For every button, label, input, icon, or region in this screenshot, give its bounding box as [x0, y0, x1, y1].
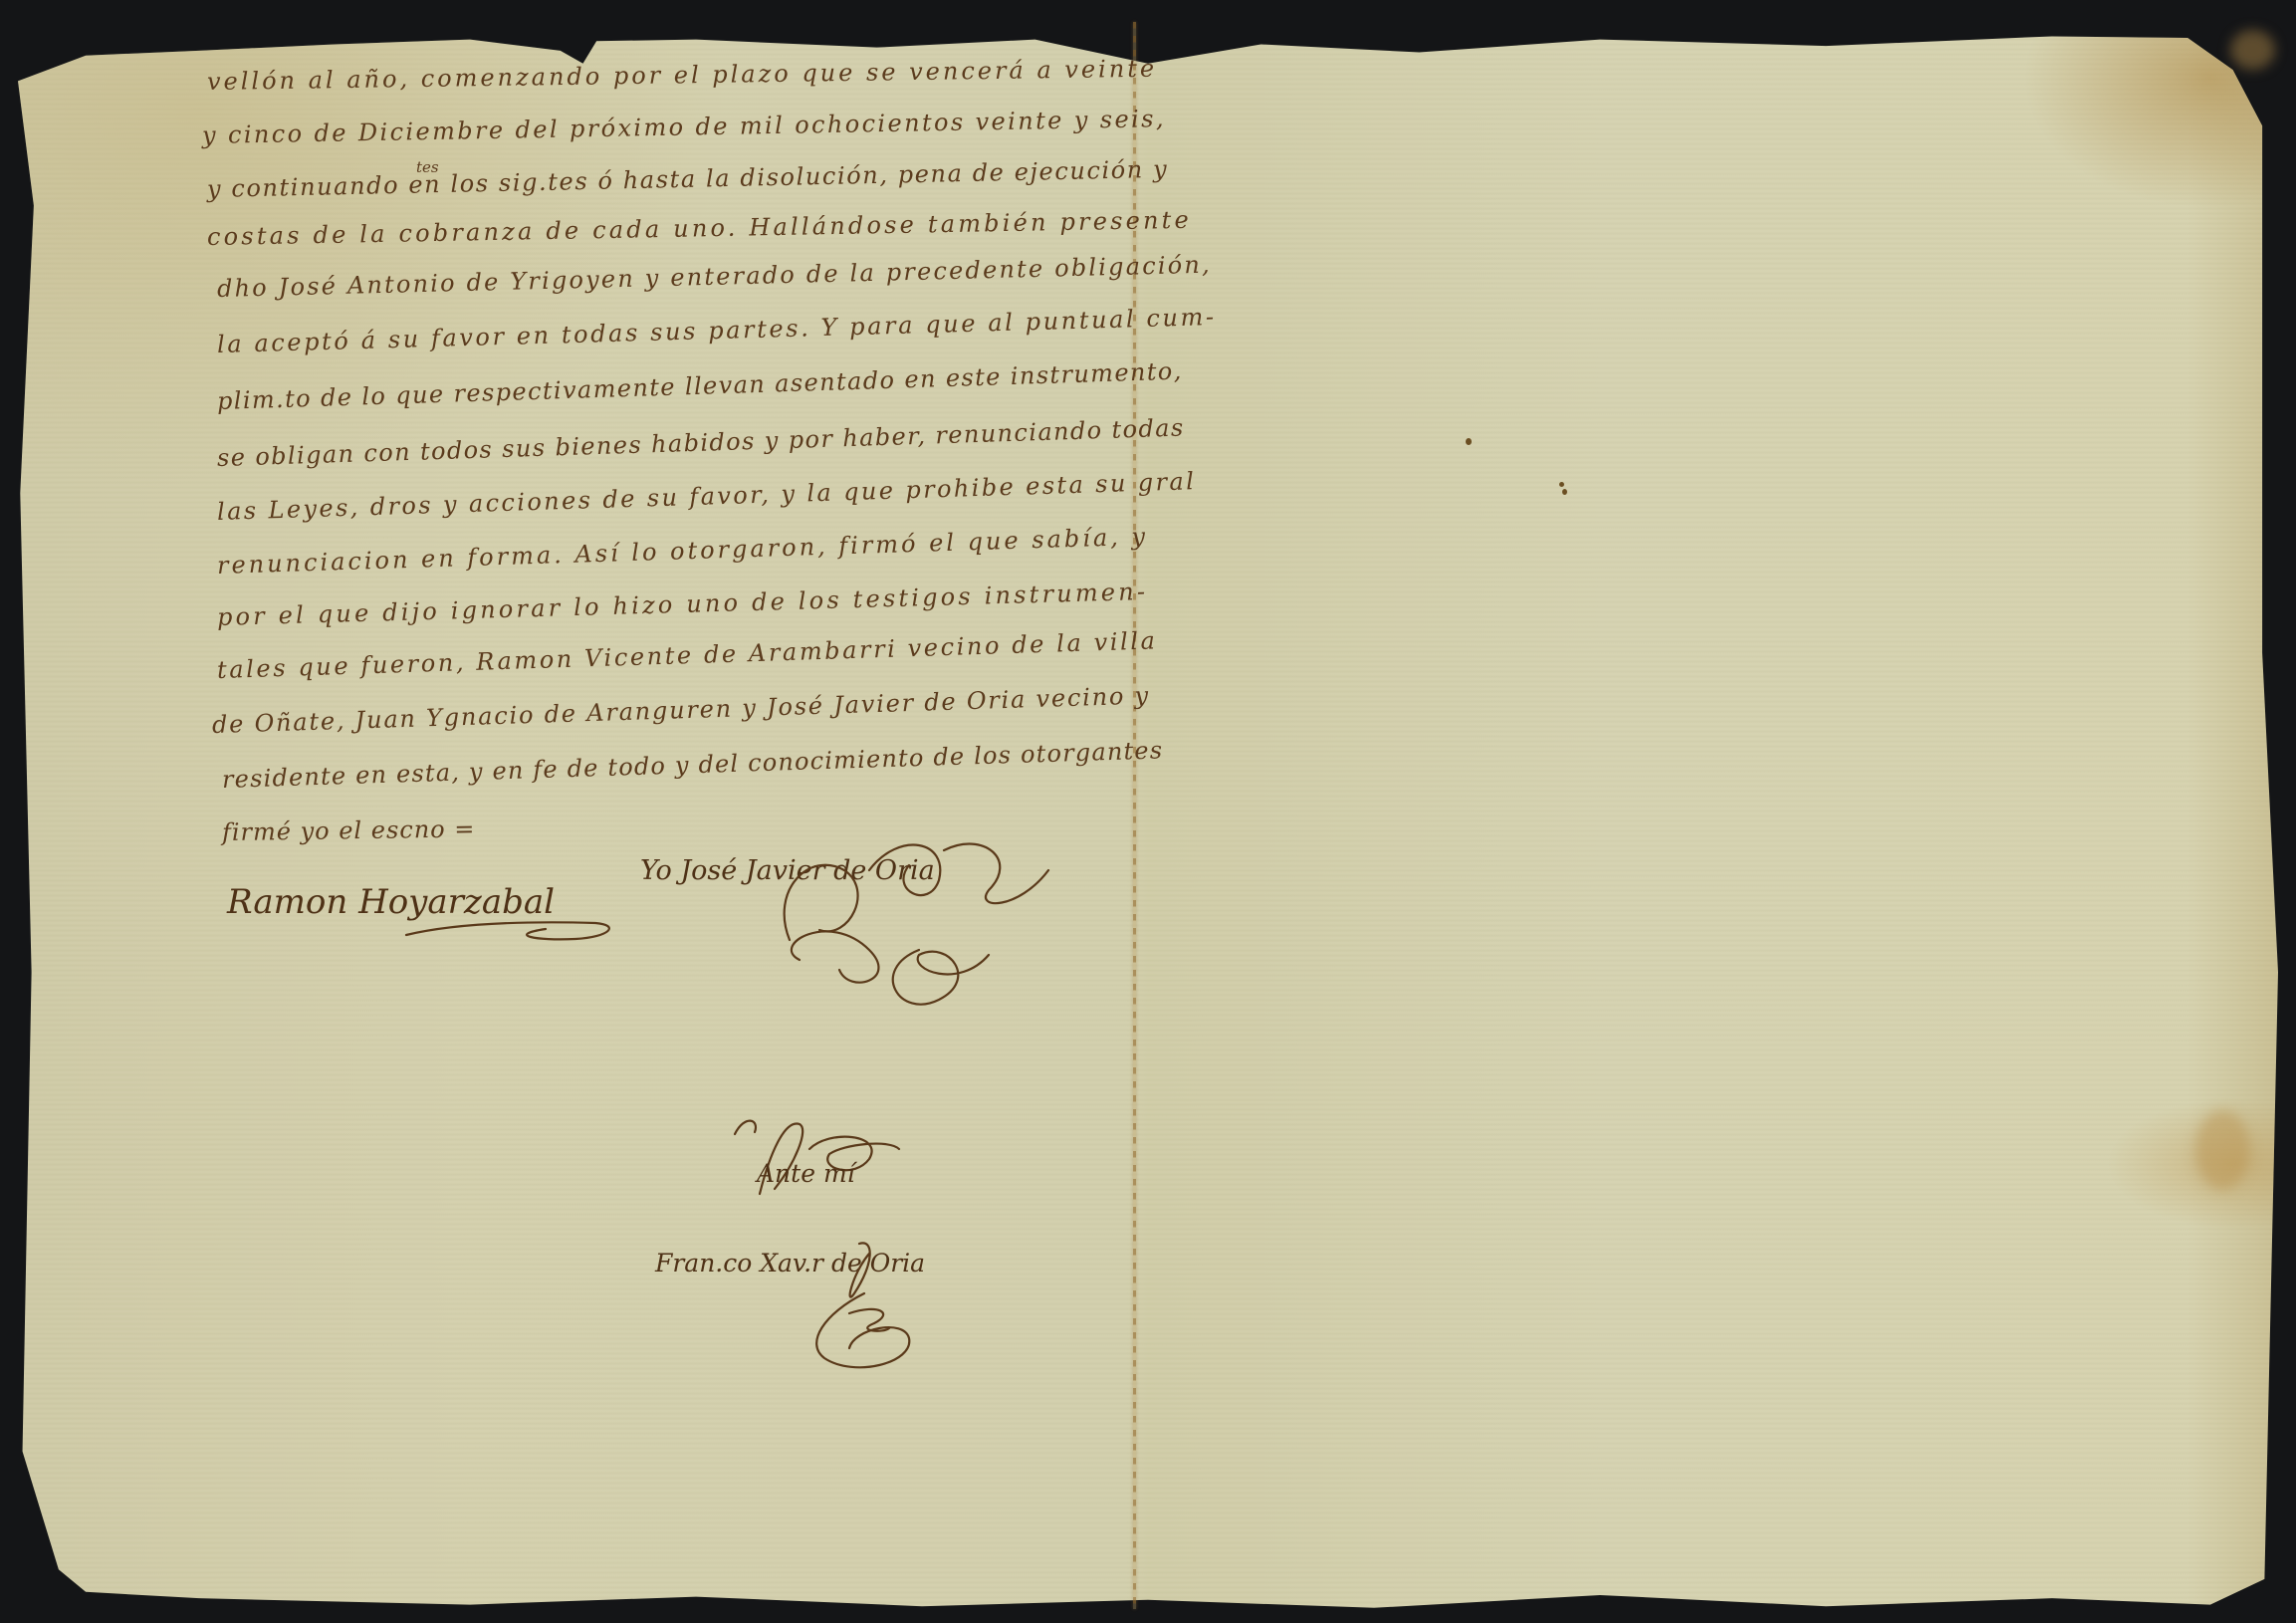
manuscript-line-5: dho José Antonio de Yrigoyen y enterado …: [217, 251, 1212, 303]
manuscript-line-11: por el que dijo ignorar lo hizo uno de l…: [217, 578, 1149, 631]
left-page: vellón al año, comenzando por el plazo q…: [18, 14, 1133, 1611]
signature-underline-flourish: [396, 905, 625, 945]
manuscript-line-1: vellón al año, comenzando por el plazo q…: [207, 55, 1157, 96]
manuscript-line-2: y cinco de Diciembre del próximo de mil …: [202, 105, 1166, 149]
manuscript-line-15: firmé yo el escno =: [222, 814, 476, 846]
rubric-flourish: [750, 830, 1078, 1010]
manuscript-line-13: de Oñate, Juan Ygnacio de Aranguren y Jo…: [212, 681, 1151, 739]
manuscript-line-6: la aceptó á su favor en todas sus partes…: [217, 303, 1217, 358]
manuscript-line-12: tales que fueron, Ramon Vicente de Aramb…: [217, 626, 1158, 684]
manuscript-line-8: se obligan con todos sus bienes habidos …: [217, 413, 1185, 472]
manuscript-line-7: plim.to de lo que respectivamente llevan…: [217, 357, 1184, 415]
right-page-blank: [1136, 14, 2278, 1611]
manuscript-line-10: renunciacion en forma. Así lo otorgaron,…: [217, 523, 1149, 580]
manuscript-line-3: y continuando en los sig.tes ó hasta la …: [207, 155, 1169, 203]
manuscript-line-9: las Leyes, dros y acciones de su favor, …: [217, 467, 1197, 526]
manuscript-line-4: costas de la cobranza de cada uno. Hallá…: [207, 206, 1192, 251]
notary-formula-ante-mi: Ante mí: [757, 1159, 855, 1188]
manuscript-line-14: residente en esta, y en fe de todo y del…: [222, 736, 1164, 794]
notary-rubric-bottom: [795, 1234, 944, 1383]
